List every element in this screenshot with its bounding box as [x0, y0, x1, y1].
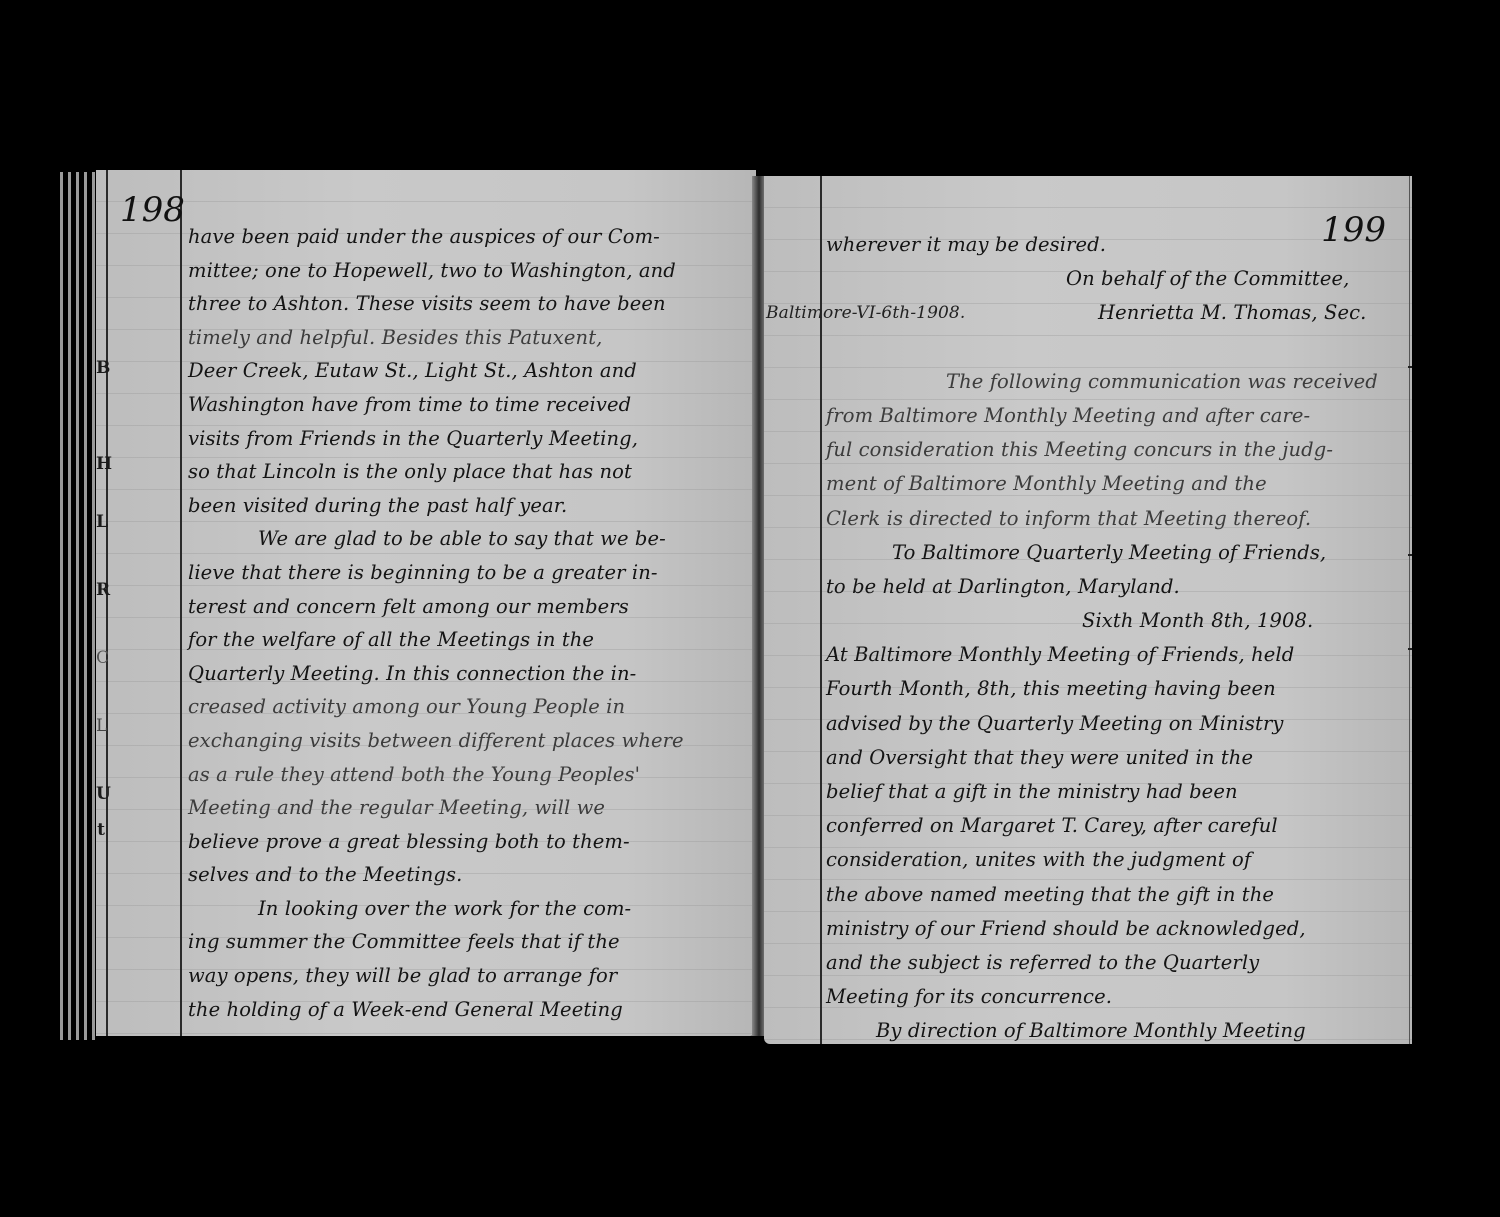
text-line: belief that a gift in the ministry had b… — [826, 775, 1406, 809]
text-line: ment of Baltimore Monthly Meeting and th… — [826, 467, 1406, 501]
text-line: and Oversight that they were united in t… — [826, 741, 1406, 775]
text-line: Washington have from time to time receiv… — [188, 388, 748, 422]
right-page: 199 wherever it may be desired. On behal… — [764, 176, 1412, 1044]
text-line: Quarterly Meeting. In this connection th… — [188, 657, 748, 691]
text-line: three to Ashton. These visits seem to ha… — [188, 287, 748, 321]
signature-row: Baltimore-VI-6th-1908. Henrietta M. Thom… — [826, 296, 1406, 330]
margin-tick-mark — [1408, 366, 1412, 368]
text-line: as a rule they attend both the Young Peo… — [188, 758, 748, 792]
margin-letter: L — [96, 512, 106, 532]
text-line: visits from Friends in the Quarterly Mee… — [188, 422, 748, 456]
text-line: Deer Creek, Eutaw St., Light St., Ashton… — [188, 354, 748, 388]
text-line: At Baltimore Monthly Meeting of Friends,… — [826, 638, 1406, 672]
text-line: creased activity among our Young People … — [188, 690, 748, 724]
address-line: to be held at Darlington, Maryland. — [826, 570, 1406, 604]
text-line: Fourth Month, 8th, this meeting having b… — [826, 672, 1406, 706]
text-line: ministry of our Friend should be acknowl… — [826, 912, 1406, 946]
text-line: the above named meeting that the gift in… — [826, 878, 1406, 912]
margin-letter: t — [96, 820, 106, 840]
address-line: To Baltimore Quarterly Meeting of Friend… — [826, 536, 1406, 570]
page-number-left: 198 — [120, 190, 185, 230]
text-line: ing summer the Committee feels that if t… — [188, 925, 748, 959]
text-line: from Baltimore Monthly Meeting and after… — [826, 399, 1406, 433]
margin-letter: C — [96, 648, 106, 668]
text-line: wherever it may be desired. — [826, 228, 1406, 262]
text-line: In looking over the work for the com- — [188, 892, 748, 926]
margin-letter: L — [96, 716, 106, 736]
text-line: consideration, unites with the judgment … — [826, 843, 1406, 877]
text-line: terest and concern felt among our member… — [188, 590, 748, 624]
text-line: The following communication was received — [826, 365, 1406, 399]
text-line: mittee; one to Hopewell, two to Washingt… — [188, 254, 748, 288]
text-line: been visited during the past half year. — [188, 489, 748, 523]
margin-tick-mark — [1408, 554, 1412, 556]
text-line: selves and to the Meetings. — [188, 858, 748, 892]
secretary-signature: Henrietta M. Thomas, Sec. — [1098, 296, 1366, 330]
text-line: Meeting and the regular Meeting, will we — [188, 791, 748, 825]
text-line: advised by the Quarterly Meeting on Mini… — [826, 707, 1406, 741]
text-line: Clerk is directed to inform that Meeting… — [826, 502, 1406, 536]
text-line: timely and helpful. Besides this Patuxen… — [188, 321, 748, 355]
margin-rule-inner — [180, 170, 182, 1036]
text-line: for the welfare of all the Meetings in t… — [188, 623, 748, 657]
margin-tick-mark — [1408, 648, 1412, 650]
text-line: lieve that there is beginning to be a gr… — [188, 556, 748, 590]
closing-line: By direction of Baltimore Monthly Meetin… — [826, 1014, 1406, 1048]
place-date: Baltimore-VI-6th-1908. — [766, 296, 965, 330]
margin-rule-right-edge — [1409, 176, 1411, 1044]
margin-letter: B — [96, 358, 106, 378]
text-line: exchanging visits between different plac… — [188, 724, 748, 758]
text-line: the holding of a Week-end General Meetin… — [188, 993, 748, 1027]
left-page: 198 B H L R C L U t have been paid under… — [96, 170, 756, 1036]
book-page-edges — [58, 172, 98, 1040]
text-line: so that Lincoln is the only place that h… — [188, 455, 748, 489]
text-line: and the subject is referred to the Quart… — [826, 946, 1406, 980]
spacer-line — [826, 331, 1406, 365]
text-line: conferred on Margaret T. Carey, after ca… — [826, 809, 1406, 843]
margin-rule-outer — [106, 170, 108, 1036]
on-behalf-line: On behalf of the Committee, — [826, 262, 1406, 296]
text-line: believe prove a great blessing both to t… — [188, 825, 748, 859]
letter-date: Sixth Month 8th, 1908. — [826, 604, 1406, 638]
text-line: ful consideration this Meeting concurs i… — [826, 433, 1406, 467]
margin-letter: H — [96, 454, 106, 474]
text-line: Meeting for its concurrence. — [826, 980, 1406, 1014]
right-page-text: wherever it may be desired. On behalf of… — [826, 228, 1406, 1049]
text-line: have been paid under the auspices of our… — [188, 220, 748, 254]
text-line: We are glad to be able to say that we be… — [188, 522, 748, 556]
text-line: way opens, they will be glad to arrange … — [188, 959, 748, 993]
left-page-text: have been paid under the auspices of our… — [188, 220, 748, 1026]
margin-letter: R — [96, 580, 106, 600]
margin-letter: U — [96, 784, 106, 804]
